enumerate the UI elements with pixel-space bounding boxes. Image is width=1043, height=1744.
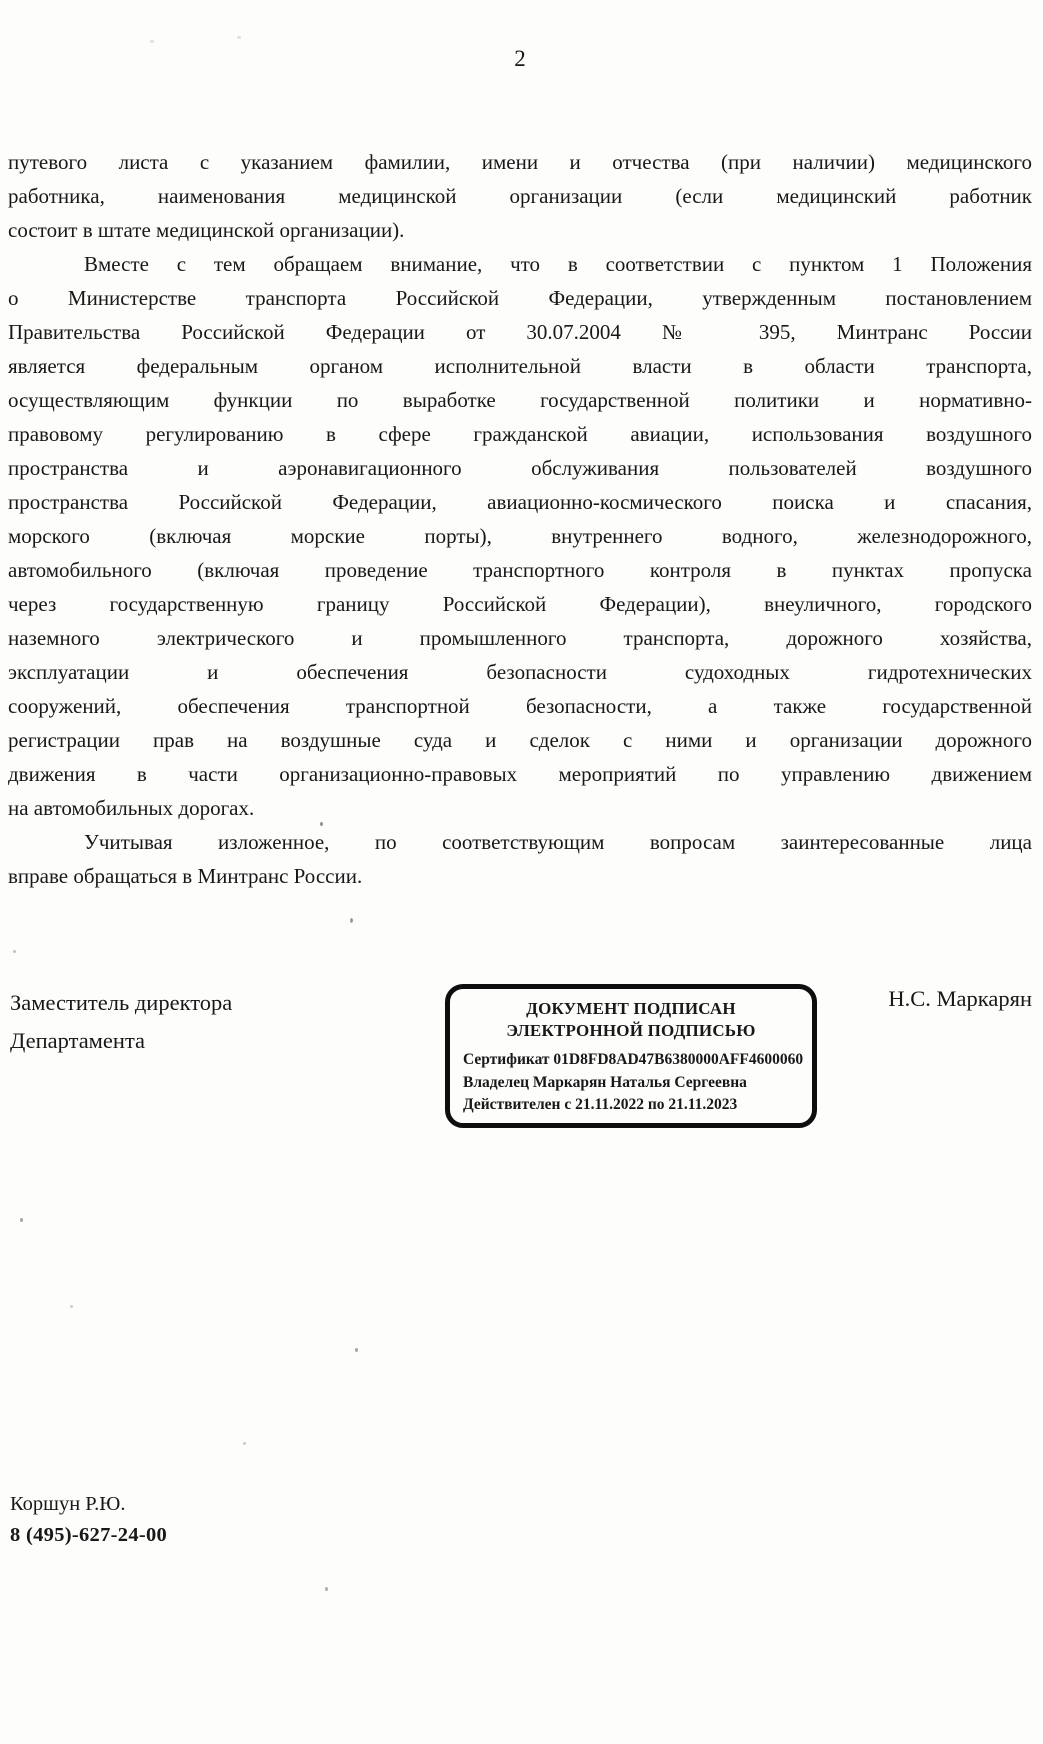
executor-name: Коршун Р.Ю. [10,1489,167,1520]
scan-speck [13,950,16,953]
body-line: путевого листа с указанием фамилии, имен… [8,145,1032,179]
signer-position-line1: Заместитель директора [10,984,232,1022]
stamp-certificate: Сертификат 01D8FD8AD47B6380000AFF4600060 [463,1049,812,1072]
scan-speck [20,1218,23,1222]
stamp-title-line2: ЭЛЕКТРОННОЙ ПОДПИСЬЮ [450,1020,812,1042]
scan-speck [355,1348,358,1352]
body-line: на автомобильных дорогах. [8,791,1032,825]
electronic-signature-stamp: ДОКУМЕНТ ПОДПИСАН ЭЛЕКТРОННОЙ ПОДПИСЬЮ С… [445,984,817,1128]
scan-speck [150,40,154,43]
page-number: 2 [8,46,1032,72]
scan-speck [350,918,353,923]
body-line: Вместе с тем обращаем внимание, что в со… [8,247,1032,281]
stamp-title: ДОКУМЕНТ ПОДПИСАН ЭЛЕКТРОННОЙ ПОДПИСЬЮ [450,998,812,1042]
scanned-document-page: 2 путевого листа с указанием фамилии, им… [0,0,1043,1744]
body-line: вправе обращаться в Минтранс России. [8,859,1032,893]
body-line: морского (включая морские порты), внутре… [8,519,1032,553]
scan-speck [320,822,323,826]
signer-name: Н.С. Маркарян [888,984,1032,1014]
signer-position: Заместитель директора Департамента [10,984,232,1060]
body-line: является федеральным органом исполнитель… [8,349,1032,383]
body-line: пространства и аэронавигационного обслуж… [8,451,1032,485]
signer-position-line2: Департамента [10,1022,232,1060]
body-line: сооружений, обеспечения транспортной без… [8,689,1032,723]
body-line: Правительства Российской Федерации от 30… [8,315,1032,349]
scan-speck [243,1442,246,1445]
stamp-validity: Действителен с 21.11.2022 по 21.11.2023 [463,1094,812,1117]
body-line: наземного электрического и промышленного… [8,621,1032,655]
body-line: работника, наименования медицинской орга… [8,179,1032,213]
stamp-details: Сертификат 01D8FD8AD47B6380000AFF4600060… [450,1049,812,1117]
body-line: автомобильного (включая проведение транс… [8,553,1032,587]
stamp-owner: Владелец Маркарян Наталья Сергеевна [463,1072,812,1095]
body-line: осуществляющим функции по выработке госу… [8,383,1032,417]
body-line: через государственную границу Российской… [8,587,1032,621]
body-line: состоит в штате медицинской организации)… [8,213,1032,247]
executor-block: Коршун Р.Ю. 8 (495)-627-24-00 [10,1489,167,1551]
body-line: движения в части организационно-правовых… [8,757,1032,791]
body-line: регистрации прав на воздушные суда и сде… [8,723,1032,757]
scan-speck [325,1587,328,1591]
body-line: Учитывая изложенное, по соответствующим … [8,825,1032,859]
signature-block: Заместитель директора Департамента ДОКУМ… [0,984,1043,1134]
scan-speck [70,1305,73,1308]
body-line: правовому регулированию в сфере гражданс… [8,417,1032,451]
scan-speck [237,36,241,39]
executor-phone: 8 (495)-627-24-00 [10,1520,167,1551]
stamp-title-line1: ДОКУМЕНТ ПОДПИСАН [450,998,812,1020]
document-body: путевого листа с указанием фамилии, имен… [8,145,1032,893]
body-line: пространства Российской Федерации, авиац… [8,485,1032,519]
body-line: о Министерстве транспорта Российской Фед… [8,281,1032,315]
body-line: эксплуатации и обеспечения безопасности … [8,655,1032,689]
